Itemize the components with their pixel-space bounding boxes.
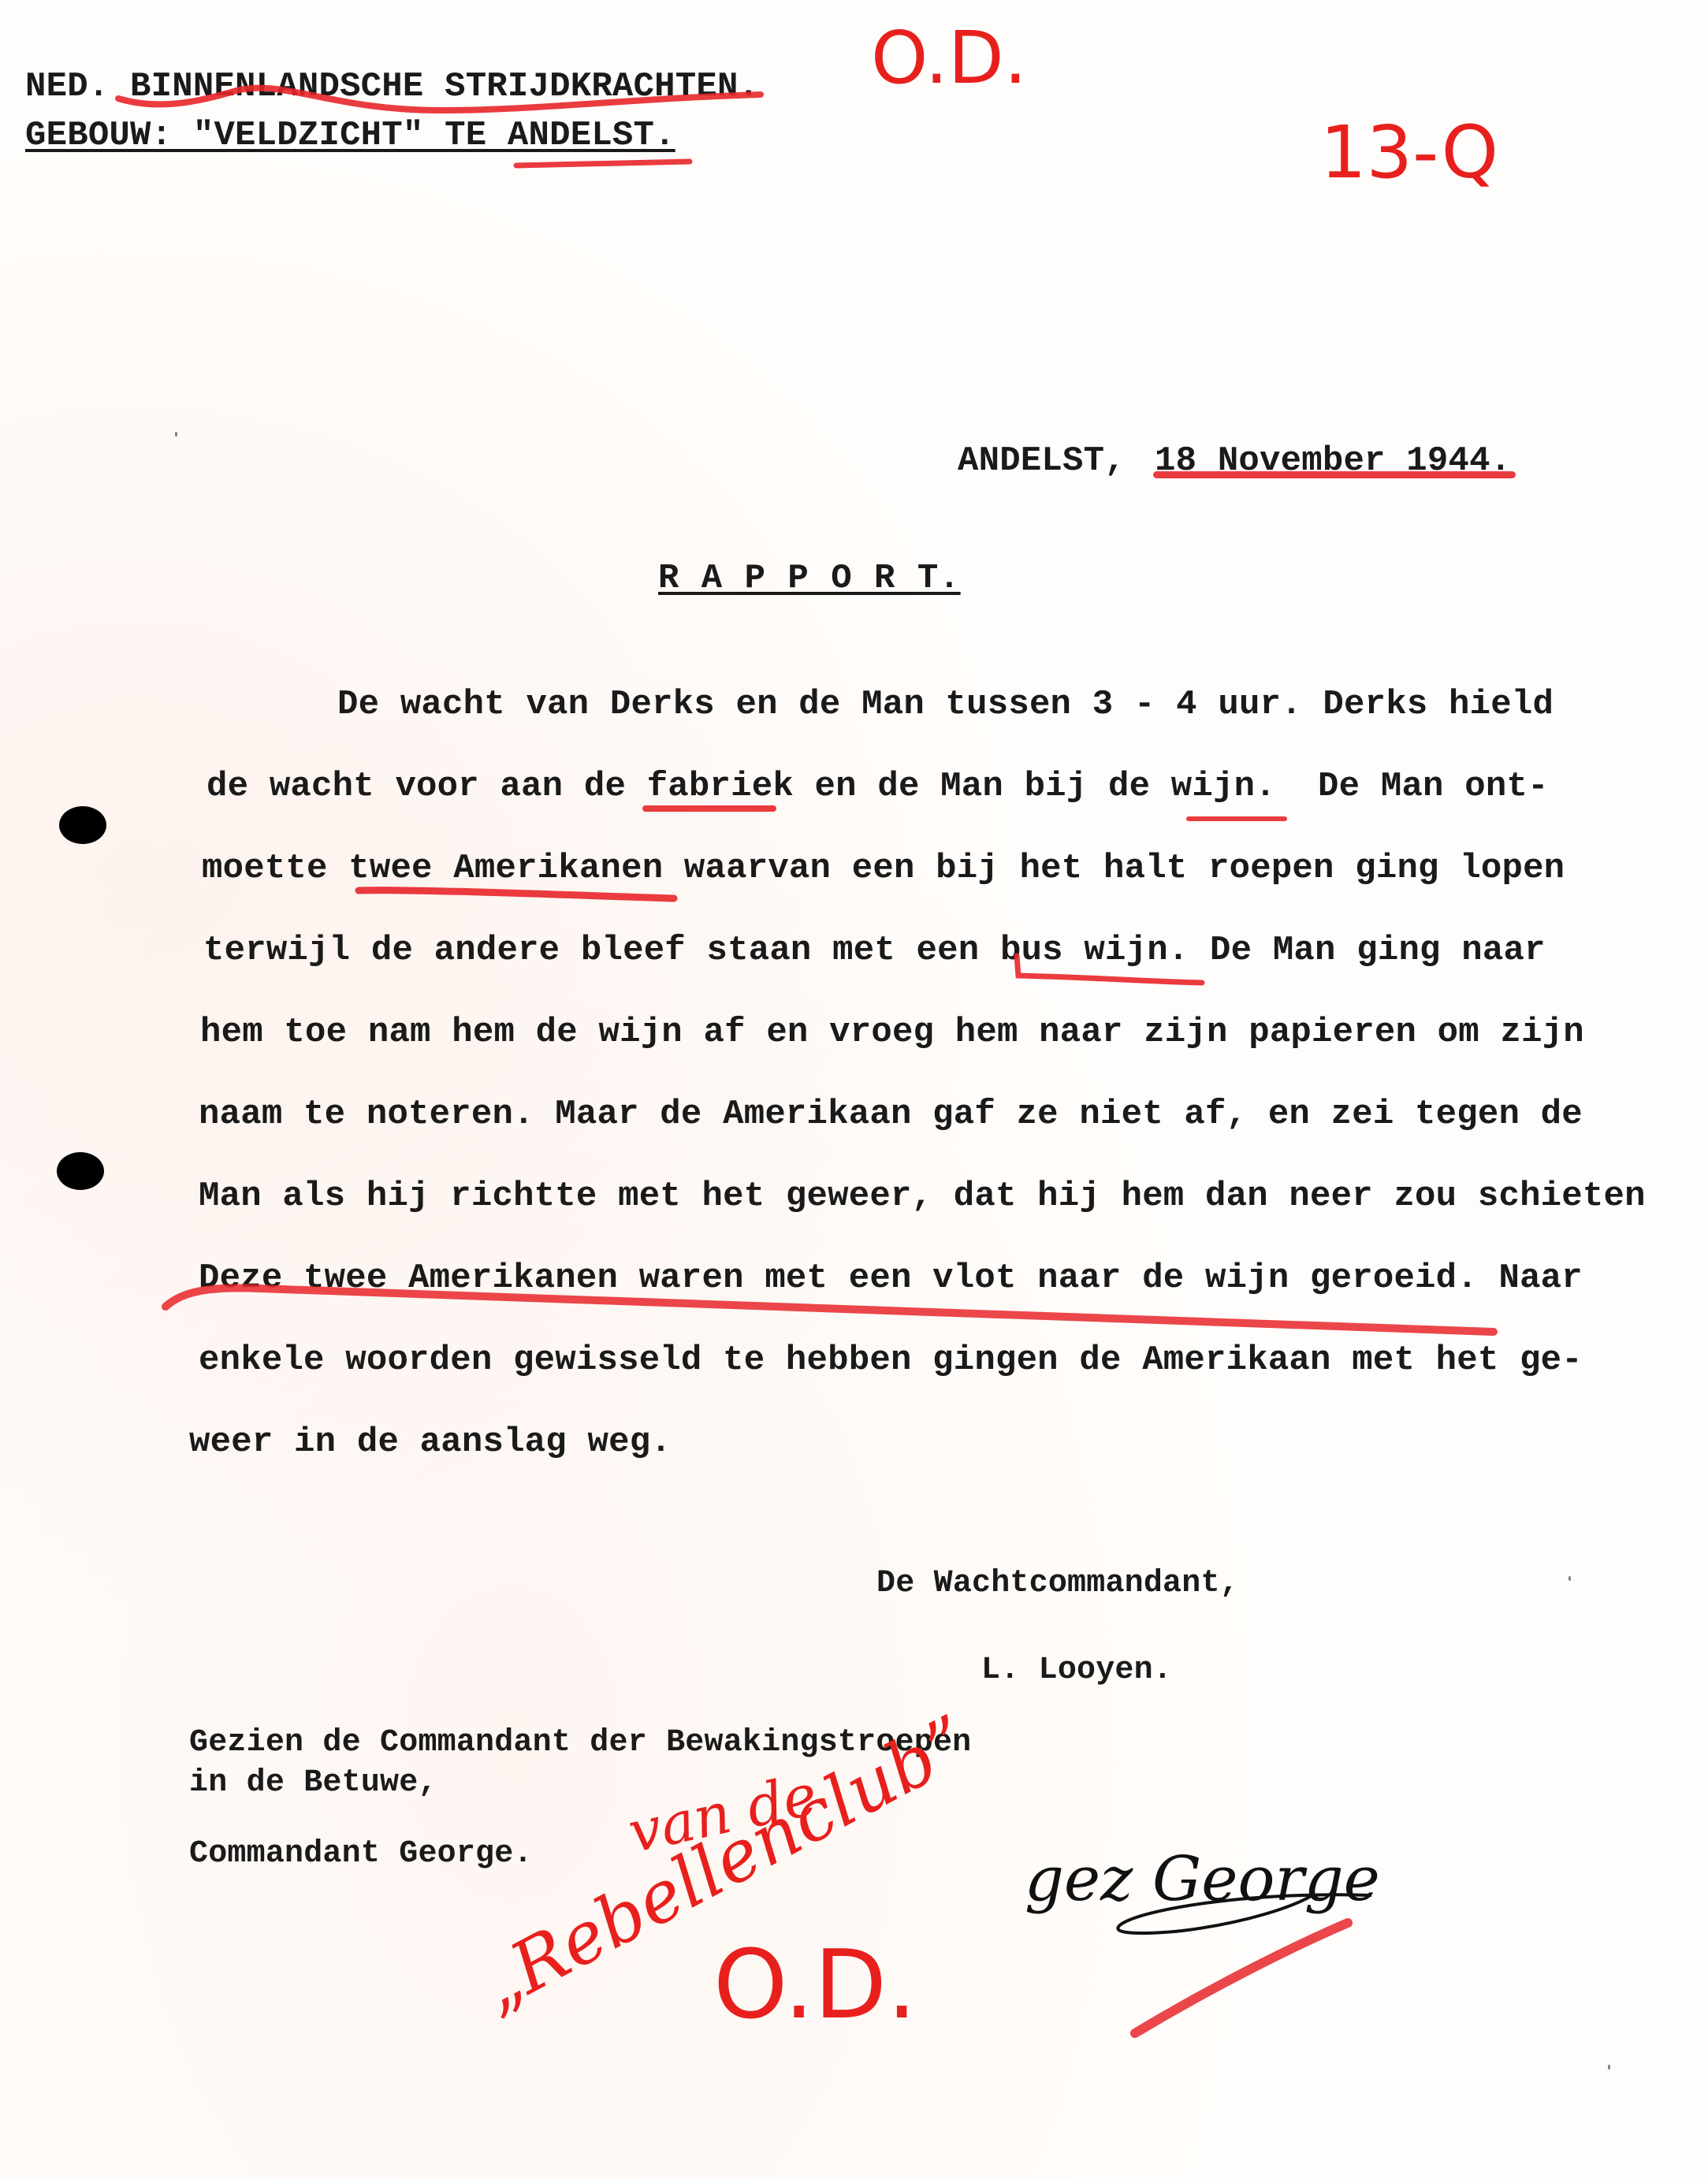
- paper-speck: [1608, 2065, 1610, 2069]
- document-page: NED. BINNENLANDSCHE STRIJDKRACHTEN. GEBO…: [0, 0, 1708, 2179]
- signature-flourish: [0, 0, 1708, 2179]
- paper-speck: [1568, 1576, 1571, 1581]
- paper-speck: [175, 432, 177, 437]
